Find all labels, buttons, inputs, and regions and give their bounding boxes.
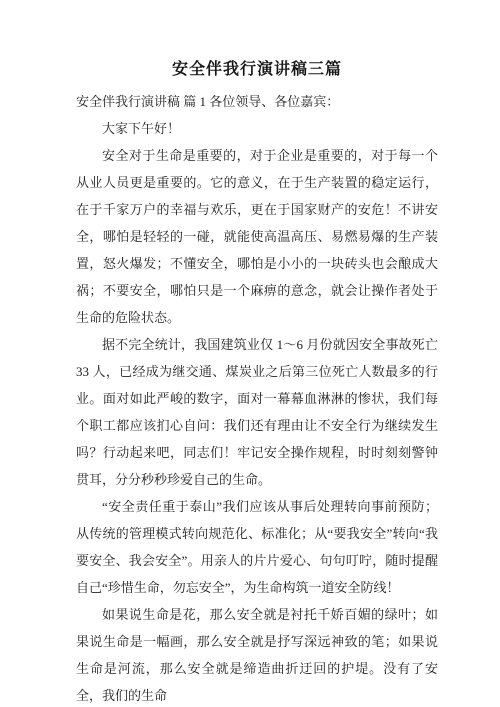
paragraph-body-1: 安全对于生命是重要的，对于企业是重要的，对于每一个从业人员更是重要的。它的意义，… — [76, 142, 438, 331]
paragraph-body-2: 据不完全统计，我国建筑业仅 1～6 月份就因安全事故死亡 33 人，已经成为继交… — [76, 331, 438, 493]
paragraph-body-4: 如果说生命是花，那么安全就是衬托千娇百媚的绿叶；如果说生命是一幅画，那么安全就是… — [76, 601, 438, 707]
document-title: 安全伴我行演讲稿三篇 — [76, 57, 438, 83]
paragraph-body-3: “安全责任重于泰山”我们应该从事后处理转向事前预防；从传统的管理模式转向规范化、… — [76, 493, 438, 601]
document-content: 安全伴我行演讲稿三篇 安全伴我行演讲稿 篇 1 各位领导、各位嘉宾： 大家下午好… — [76, 0, 438, 707]
paragraph-salutation: 安全伴我行演讲稿 篇 1 各位领导、各位嘉宾： — [76, 88, 438, 115]
document-page: 安全伴我行演讲稿三篇 安全伴我行演讲稿 篇 1 各位领导、各位嘉宾： 大家下午好… — [0, 0, 500, 707]
paragraph-greeting: 大家下午好！ — [76, 115, 438, 142]
